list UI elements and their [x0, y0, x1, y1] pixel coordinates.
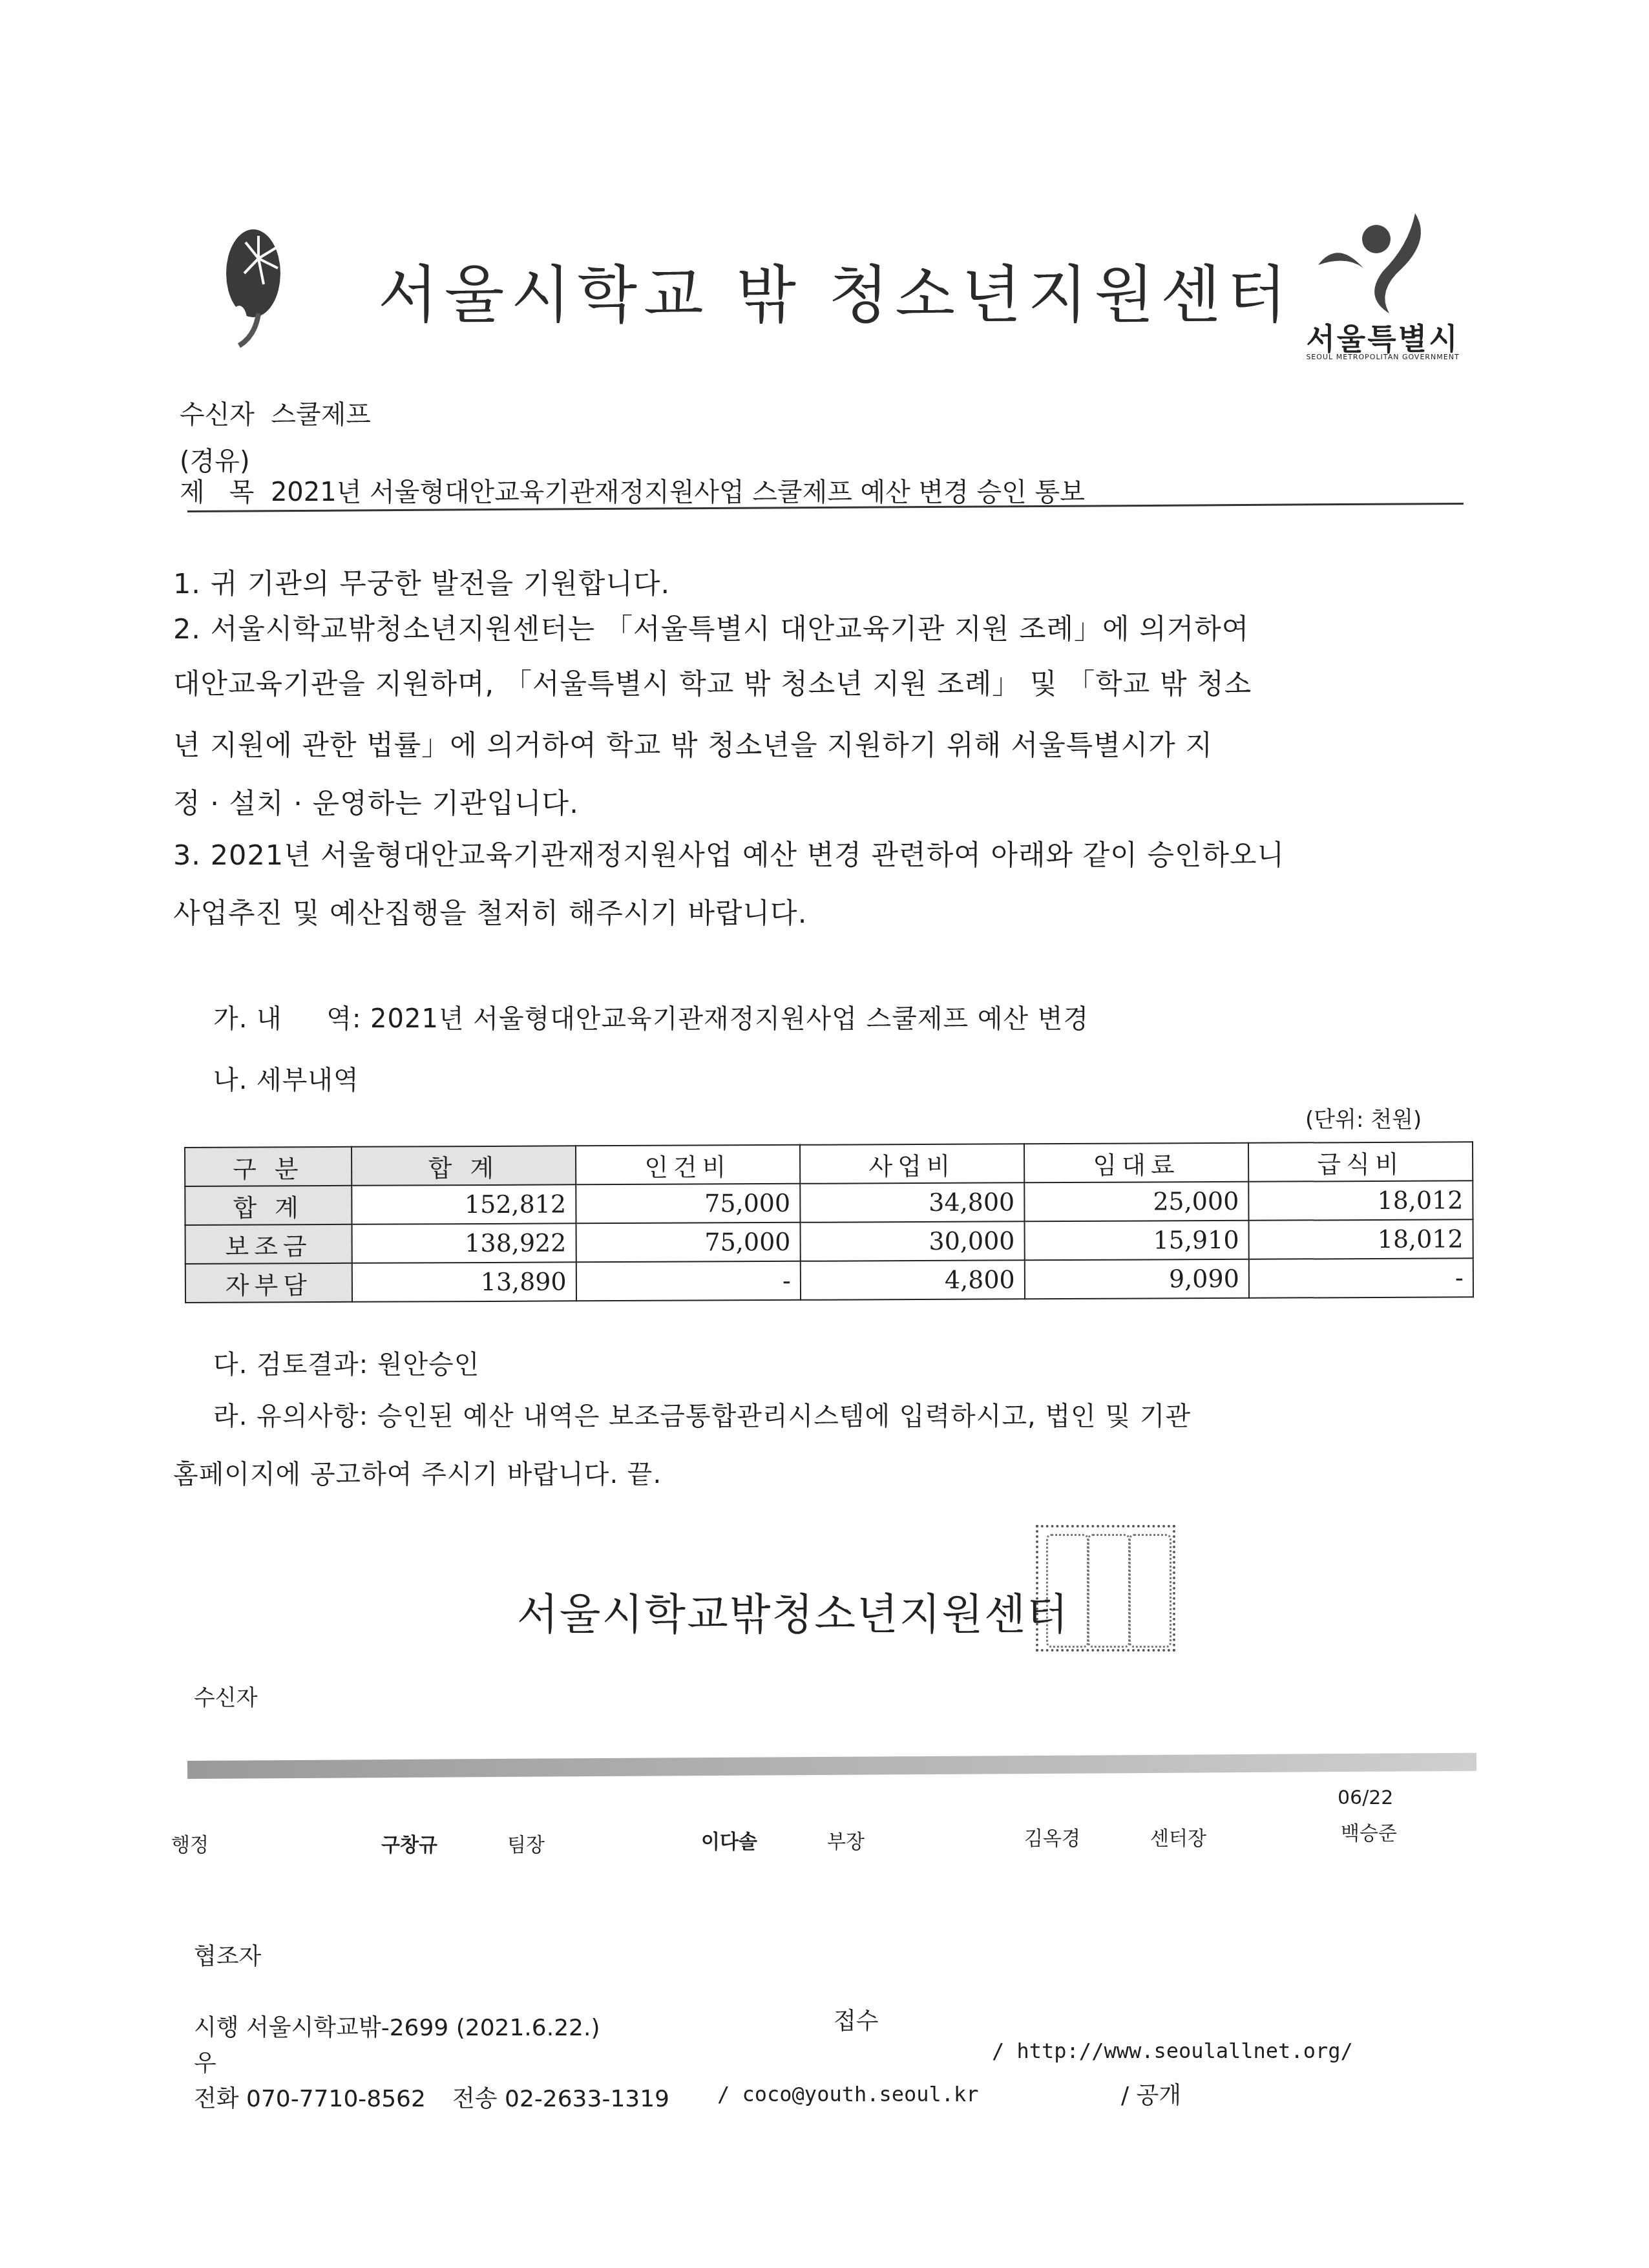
recipient-line: 수신자 스쿨제프	[180, 394, 371, 431]
col-header: 급식비	[1248, 1142, 1473, 1182]
table-header-row: 구 분 합 계 인건비 사업비 임대료 급식비	[185, 1142, 1473, 1186]
paragraph-2-line-3: 년 지원에 관한 법률」에 의거하여 학교 밖 청소년을 지원하기 위해 서울특…	[173, 724, 1213, 763]
email-link[interactable]: / coco@youth.seoul.kr	[717, 2082, 979, 2106]
approval-role-admin: 행정	[171, 1829, 209, 1857]
postal-label: 우	[194, 2045, 216, 2078]
table-cell: 34,800	[800, 1182, 1024, 1223]
subject-label: 제 목	[180, 478, 254, 507]
issuer-signature: 서울시학교밖청소년지원센터	[517, 1580, 1069, 1641]
paragraph-1: 1. 귀 기관의 무궁한 발전을 기원합니다.	[173, 562, 670, 602]
table-row: 합 계 152,812 75,000 34,800 25,000 18,012	[185, 1181, 1473, 1225]
row-label: 보조금	[185, 1224, 352, 1264]
table-cell: 25,000	[1024, 1182, 1248, 1222]
seoul-haechi-logo-icon: 서울특별시 SEOUL METROPOLITAN GOVERNMENT	[1292, 200, 1473, 368]
table-cell: -	[576, 1261, 801, 1301]
table-cell: 13,890	[352, 1262, 576, 1302]
seoul-logo-name: 서울특별시	[1292, 315, 1473, 358]
youth-center-emblem-icon	[213, 223, 291, 352]
disclosure-status: / 공개	[1121, 2077, 1181, 2110]
page-title: 서울시학교 밖 청소년지원센터	[378, 246, 1294, 334]
approval-role-center-head: 센터장	[1150, 1822, 1206, 1851]
paragraph-2-line-1: 2. 서울시학교밖청소년지원센터는 「서울특별시 대안교육기관 지원 조례」에 …	[173, 607, 1249, 647]
receipt-label: 접수	[834, 2003, 879, 2036]
unit-label: (단위: 천원)	[1305, 1102, 1422, 1133]
approval-name: 김옥경	[1024, 1822, 1080, 1851]
table-cell: 75,000	[576, 1184, 800, 1224]
recipient-label: 수신자	[180, 400, 255, 430]
row-label: 자부담	[185, 1263, 352, 1303]
col-header: 합 계	[352, 1146, 576, 1186]
budget-table: 구 분 합 계 인건비 사업비 임대료 급식비 합 계 152,812 75,0…	[184, 1141, 1474, 1303]
table-cell: 30,000	[800, 1221, 1024, 1261]
table-cell: 152,812	[352, 1184, 576, 1224]
phone-number: 전화 070-7710-8562	[194, 2081, 426, 2114]
row-label: 합 계	[185, 1186, 352, 1225]
item-ga: 가. 내 역: 2021년 서울형대안교육기관재정지원사업 스쿨제프 예산 변경	[213, 998, 1089, 1035]
approval-role-team-lead: 팀장	[507, 1829, 545, 1857]
approval-name: 백승준	[1341, 1817, 1397, 1845]
col-header: 임대료	[1024, 1143, 1248, 1183]
table-row: 보조금 138,922 75,000 30,000 15,910 18,012	[185, 1219, 1473, 1264]
recipient-value: 스쿨제프	[271, 400, 371, 430]
footer-recipient-label: 수신자	[194, 1680, 258, 1712]
col-header: 구 분	[185, 1147, 352, 1186]
item-ra-line-1: 라. 유의사항: 승인된 예산 내역은 보조금통합관리시스템에 입력하시고, 법…	[213, 1396, 1191, 1433]
seoul-logo-subtitle: SEOUL METROPOLITAN GOVERNMENT	[1292, 353, 1473, 361]
paragraph-2-line-4: 정 · 설치 · 운영하는 기관입니다.	[173, 782, 579, 821]
item-da: 다. 검토결과: 원안승인	[213, 1344, 479, 1381]
paragraph-3-line-2: 사업추진 및 예산집행을 철저히 해주시기 바랍니다.	[173, 892, 807, 931]
approval-name: 구창규	[381, 1829, 437, 1857]
fax-number: 전송 02-2633-1319	[452, 2081, 669, 2114]
item-na: 나. 세부내역	[213, 1060, 359, 1097]
approval-name: 이다솔	[701, 1825, 757, 1854]
paragraph-2-line-2: 대안교육기관을 지원하며, 「서울특별시 학교 밖 청소년 지원 조례」 및 「…	[173, 662, 1252, 702]
approval-role-director: 부장	[827, 1825, 865, 1854]
table-cell: 4,800	[801, 1260, 1025, 1300]
table-cell: -	[1249, 1258, 1473, 1298]
col-header: 인건비	[576, 1145, 800, 1185]
subject-value: 2021년 서울형대안교육기관재정지원사업 스쿨제프 예산 변경 승인 통보	[271, 478, 1085, 507]
item-ra-line-2: 홈페이지에 공고하여 주시기 바랍니다. 끝.	[173, 1454, 662, 1491]
table-row: 자부담 13,890 - 4,800 9,090 -	[185, 1258, 1473, 1303]
table-cell: 138,922	[352, 1223, 576, 1263]
gray-divider-band	[187, 1753, 1476, 1779]
table-cell: 18,012	[1248, 1219, 1473, 1259]
enforcement-number: 시행 서울시학교밖-2699 (2021.6.22.)	[194, 2010, 600, 2042]
paragraph-3-line-1: 3. 2021년 서울형대안교육기관재정지원사업 예산 변경 관련하여 아래와 …	[173, 834, 1285, 873]
cooperator-label: 협조자	[194, 1938, 261, 1971]
table-cell: 9,090	[1025, 1259, 1249, 1299]
table-cell: 75,000	[576, 1223, 800, 1263]
table-cell: 18,012	[1248, 1181, 1473, 1221]
col-header: 사업비	[800, 1144, 1024, 1184]
subject-line: 제 목 2021년 서울형대안교육기관재정지원사업 스쿨제프 예산 변경 승인 …	[180, 472, 1085, 509]
table-cell: 15,910	[1024, 1221, 1248, 1261]
date-stamp: 06/22	[1338, 1787, 1393, 1809]
website-link[interactable]: / http://www.seoulallnet.org/	[992, 2039, 1353, 2063]
